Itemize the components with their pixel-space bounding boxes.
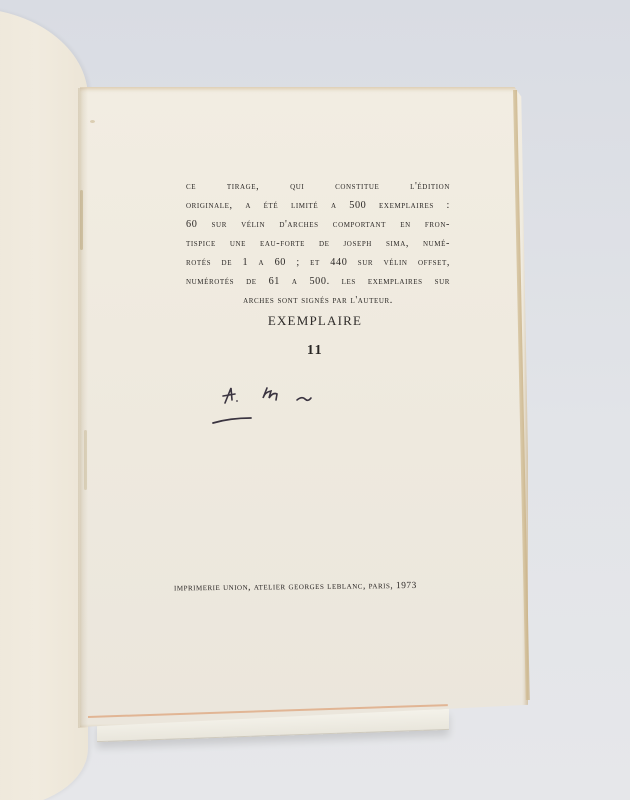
left-facing-page: [0, 8, 88, 800]
foxing-mark: [80, 190, 83, 250]
limitation-line: ARCHES SONT SIGNÉS PAR L'AUTEUR.: [186, 291, 450, 310]
limitation-line: NUMÉROTÉS DE 61 A 500. LES EXEMPLAIRES S…: [186, 272, 450, 291]
exemplaire-number: 11: [230, 343, 400, 359]
limitation-line: ROTÉS DE 1 A 60 ; ET 440 SUR VÉLIN OFFSE…: [186, 253, 450, 272]
limitation-line: ORIGINALE, A ÉTÉ LIMITÉ A 500 EXEMPLAIRE…: [186, 196, 450, 215]
author-signature: [205, 378, 325, 438]
gutter-shadow: [78, 88, 88, 728]
foxing-spot: [90, 120, 95, 123]
limitation-line: CE TIRAGE, QUI CONSTITUE L'ÉDITION: [186, 177, 450, 196]
limitation-statement: CE TIRAGE, QUI CONSTITUE L'ÉDITION ORIGI…: [186, 177, 450, 310]
foxing-mark: [84, 430, 87, 490]
limitation-line: TISPICE UNE EAU-FORTE DE JOSEPH SIMA, NU…: [186, 234, 450, 253]
exemplaire-label: EXEMPLAIRE: [230, 313, 400, 329]
limitation-line: 60 SUR VÉLIN D'ARCHES COMPORTANT EN FRON…: [186, 215, 450, 234]
